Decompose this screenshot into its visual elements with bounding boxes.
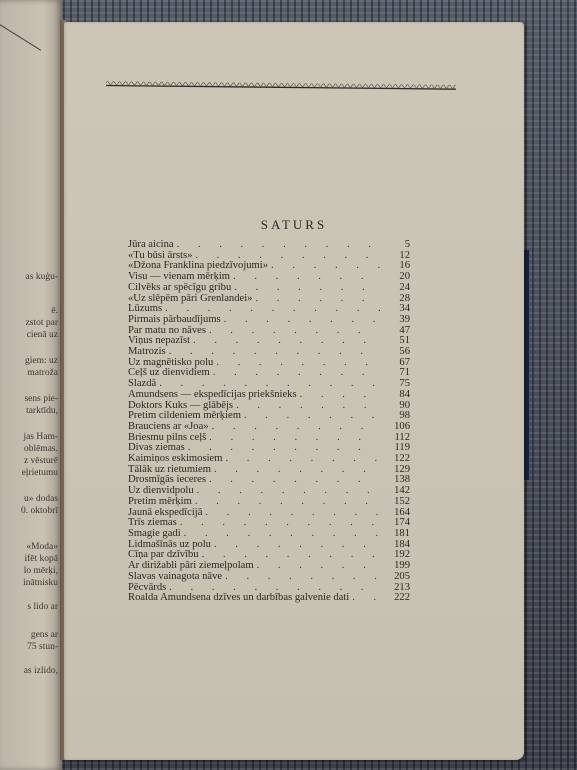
left-page-fragment: «Moda» <box>26 542 58 552</box>
toc-leader-dots <box>244 411 380 422</box>
toc-leader-dots <box>216 358 380 369</box>
left-page-fragment: u» dodas <box>24 494 58 504</box>
left-page-fragment: lo mērķi, <box>24 566 58 576</box>
left-page-fragment: gens ar <box>31 630 58 640</box>
toc-leader-dots <box>195 497 380 508</box>
toc-entry-page-number: 24 <box>384 283 410 294</box>
left-page-fragment: as kuģu- <box>26 272 58 282</box>
toc-leader-dots <box>212 422 380 433</box>
toc-leader-dots <box>177 240 380 251</box>
toc-leader-dots <box>214 465 380 476</box>
toc-entry[interactable]: Pretim mērķim152 <box>128 497 410 508</box>
left-page-fragment: s lido ar <box>27 602 58 612</box>
toc-entry-title: Slavas vainagota nāve <box>128 572 222 583</box>
toc-leader-dots <box>205 508 380 519</box>
toc-leader-dots <box>213 368 380 379</box>
toc-leader-dots <box>233 272 380 283</box>
table-of-contents: Jūra aicina5«Tu būsi ārsts»12«Džona Fran… <box>128 240 410 604</box>
decorative-wavy-rule <box>106 78 456 92</box>
left-page-fragment: ē. <box>51 306 58 316</box>
toc-leader-dots <box>184 529 380 540</box>
toc-entry-page-number: 152 <box>384 497 410 508</box>
left-page-fragment: eļrietumu <box>22 468 58 478</box>
toc-leader-dots <box>352 593 380 604</box>
page-title: SATURS <box>64 217 524 233</box>
toc-entry[interactable]: Cilvēks ar spēcīgu gribu24 <box>128 283 410 294</box>
left-page: as kuģu-ē.zstot parcienā uzgiem: uzmatro… <box>0 0 62 770</box>
toc-entry-title: Amundsens — ekspedīcijas priekšnieks <box>128 390 297 401</box>
toc-leader-dots <box>300 390 380 401</box>
left-page-fragment: jas Ham- <box>23 432 58 442</box>
toc-leader-dots <box>193 336 380 347</box>
toc-leader-dots <box>197 486 380 497</box>
toc-entry-title: Cilvēks ar spēcīgu gribu <box>128 283 231 294</box>
toc-leader-dots <box>225 454 380 465</box>
left-page-fragment: cienā uz <box>27 330 58 340</box>
toc-leader-dots <box>236 401 380 412</box>
toc-entry[interactable]: Ceļš uz dienvidiem71 <box>128 368 410 379</box>
contents-page: SATURS Jūra aicina5«Tu būsi ārsts»12«Džo… <box>64 22 524 760</box>
left-page-fragment: giem: uz <box>25 356 58 366</box>
toc-entry[interactable]: Viņus nepazīst51 <box>128 336 410 347</box>
toc-leader-dots <box>255 294 380 305</box>
toc-entry-page-number: 84 <box>384 390 410 401</box>
left-page-fragment: z vēsturē <box>24 456 58 466</box>
toc-entry-page-number: 205 <box>384 572 410 583</box>
toc-leader-dots <box>214 540 380 551</box>
toc-entry[interactable]: Slavas vainagota nāve205 <box>128 572 410 583</box>
toc-leader-dots <box>180 518 380 529</box>
left-page-fragment: sens pie- <box>24 394 58 404</box>
left-page-fragment: inātnisku <box>23 578 58 588</box>
left-page-fragment: tarktīdu, <box>26 406 58 416</box>
toc-leader-dots <box>271 261 380 272</box>
left-page-fragment: oblēmas. <box>24 444 58 454</box>
toc-leader-dots <box>257 561 380 572</box>
toc-entry-page-number: 222 <box>384 593 410 604</box>
left-page-fragment: 0. oktobrī <box>21 506 58 516</box>
toc-leader-dots <box>209 433 380 444</box>
left-page-fragment: zstot par <box>26 318 58 328</box>
toc-leader-dots <box>234 283 380 294</box>
left-page-fragment: as izlido, <box>24 666 58 676</box>
left-page-fragment: matroža <box>27 368 58 378</box>
toc-entry-title: Pretim mērķim <box>128 497 192 508</box>
toc-entry[interactable]: Amundsens — ekspedīcijas priekšnieks84 <box>128 390 410 401</box>
toc-entry-title: Roalda Amundsena dzīves un darbības galv… <box>128 593 349 604</box>
toc-leader-dots <box>209 326 380 337</box>
left-page-fragment: ifēt kopā <box>24 554 58 564</box>
toc-leader-dots <box>224 315 380 326</box>
left-page-fragment: 75 stun- <box>27 642 58 652</box>
toc-entry[interactable]: Roalda Amundsena dzīves un darbības galv… <box>128 593 410 604</box>
toc-leader-dots <box>225 572 380 583</box>
toc-leader-dots <box>209 475 380 486</box>
left-page-rule <box>0 18 41 51</box>
toc-entry[interactable]: «Uz slēpēm pāri Grenlandei»28 <box>128 294 410 305</box>
